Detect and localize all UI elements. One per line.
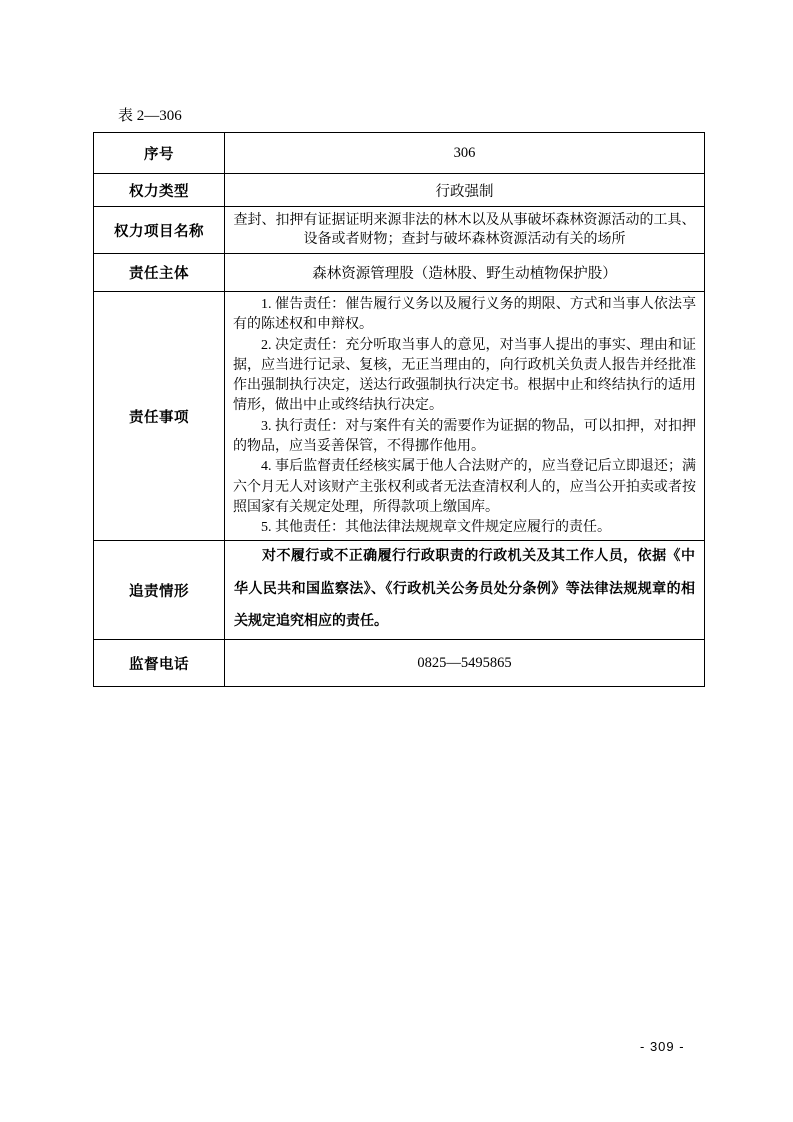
responsibility-paragraph-3: 3. 执行责任：对与案件有关的需要作为证据的物品，可以扣押，对扣押的物品，应当妥…: [233, 417, 696, 458]
accountability-situations-label: 追责情形: [94, 541, 225, 640]
table-caption: 表 2—306: [118, 107, 182, 125]
power-item-name-value: 查封、扣押有证据证明来源非法的林木以及从事破坏森林资源活动的工具、设备或者财物；…: [225, 207, 705, 254]
serial-number-value: 306: [225, 133, 705, 174]
responsibility-items-label: 责任事项: [94, 292, 225, 541]
power-type-value: 行政强制: [225, 174, 705, 207]
responsible-entity-label: 责任主体: [94, 254, 225, 292]
table-row-supervision-phone: 监督电话 0825—5495865: [94, 640, 705, 687]
power-type-label: 权力类型: [94, 174, 225, 207]
table-row-responsibility-items: 责任事项 1. 催告责任：催告履行义务以及履行义务的期限、方式和当事人依法享有的…: [94, 292, 705, 541]
table-row-power-type: 权力类型 行政强制: [94, 174, 705, 207]
responsibility-paragraph-1: 1. 催告责任：催告履行义务以及履行义务的期限、方式和当事人依法享有的陈述权和申…: [233, 295, 696, 336]
table-row-responsible-entity: 责任主体 森林资源管理股（造林股、野生动植物保护股）: [94, 254, 705, 292]
document-page: 表 2—306 序号 306 权力类型 行政强制 权力项目名称 查封、扣押有证据…: [0, 0, 793, 1122]
responsibility-items-value: 1. 催告责任：催告履行义务以及履行义务的期限、方式和当事人依法享有的陈述权和申…: [225, 292, 705, 541]
supervision-phone-value: 0825—5495865: [225, 640, 705, 687]
accountability-situations-value: 对不履行或不正确履行行政职责的行政机关及其工作人员，依据《中华人民共和国监察法》…: [225, 541, 705, 640]
responsibility-paragraph-2: 2. 决定责任：充分听取当事人的意见，对当事人提出的事实、理由和证据，应当进行记…: [233, 336, 696, 417]
table-row-power-item-name: 权力项目名称 查封、扣押有证据证明来源非法的林木以及从事破坏森林资源活动的工具、…: [94, 207, 705, 254]
page-number: - 309 -: [640, 1039, 685, 1054]
serial-number-label: 序号: [94, 133, 225, 174]
responsibility-paragraph-4: 4. 事后监督责任经核实属于他人合法财产的，应当登记后立即退还；满六个月无人对该…: [233, 457, 696, 518]
accountability-paragraph: 对不履行或不正确履行行政职责的行政机关及其工作人员，依据《中华人民共和国监察法》…: [234, 541, 695, 639]
power-item-table: 序号 306 权力类型 行政强制 权力项目名称 查封、扣押有证据证明来源非法的林…: [93, 132, 705, 687]
responsible-entity-value: 森林资源管理股（造林股、野生动植物保护股）: [225, 254, 705, 292]
power-item-name-label: 权力项目名称: [94, 207, 225, 254]
table-row-serial-number: 序号 306: [94, 133, 705, 174]
supervision-phone-label: 监督电话: [94, 640, 225, 687]
table-row-accountability-situations: 追责情形 对不履行或不正确履行行政职责的行政机关及其工作人员，依据《中华人民共和…: [94, 541, 705, 640]
responsibility-paragraph-5: 5. 其他责任：其他法律法规规章文件规定应履行的责任。: [233, 518, 696, 538]
